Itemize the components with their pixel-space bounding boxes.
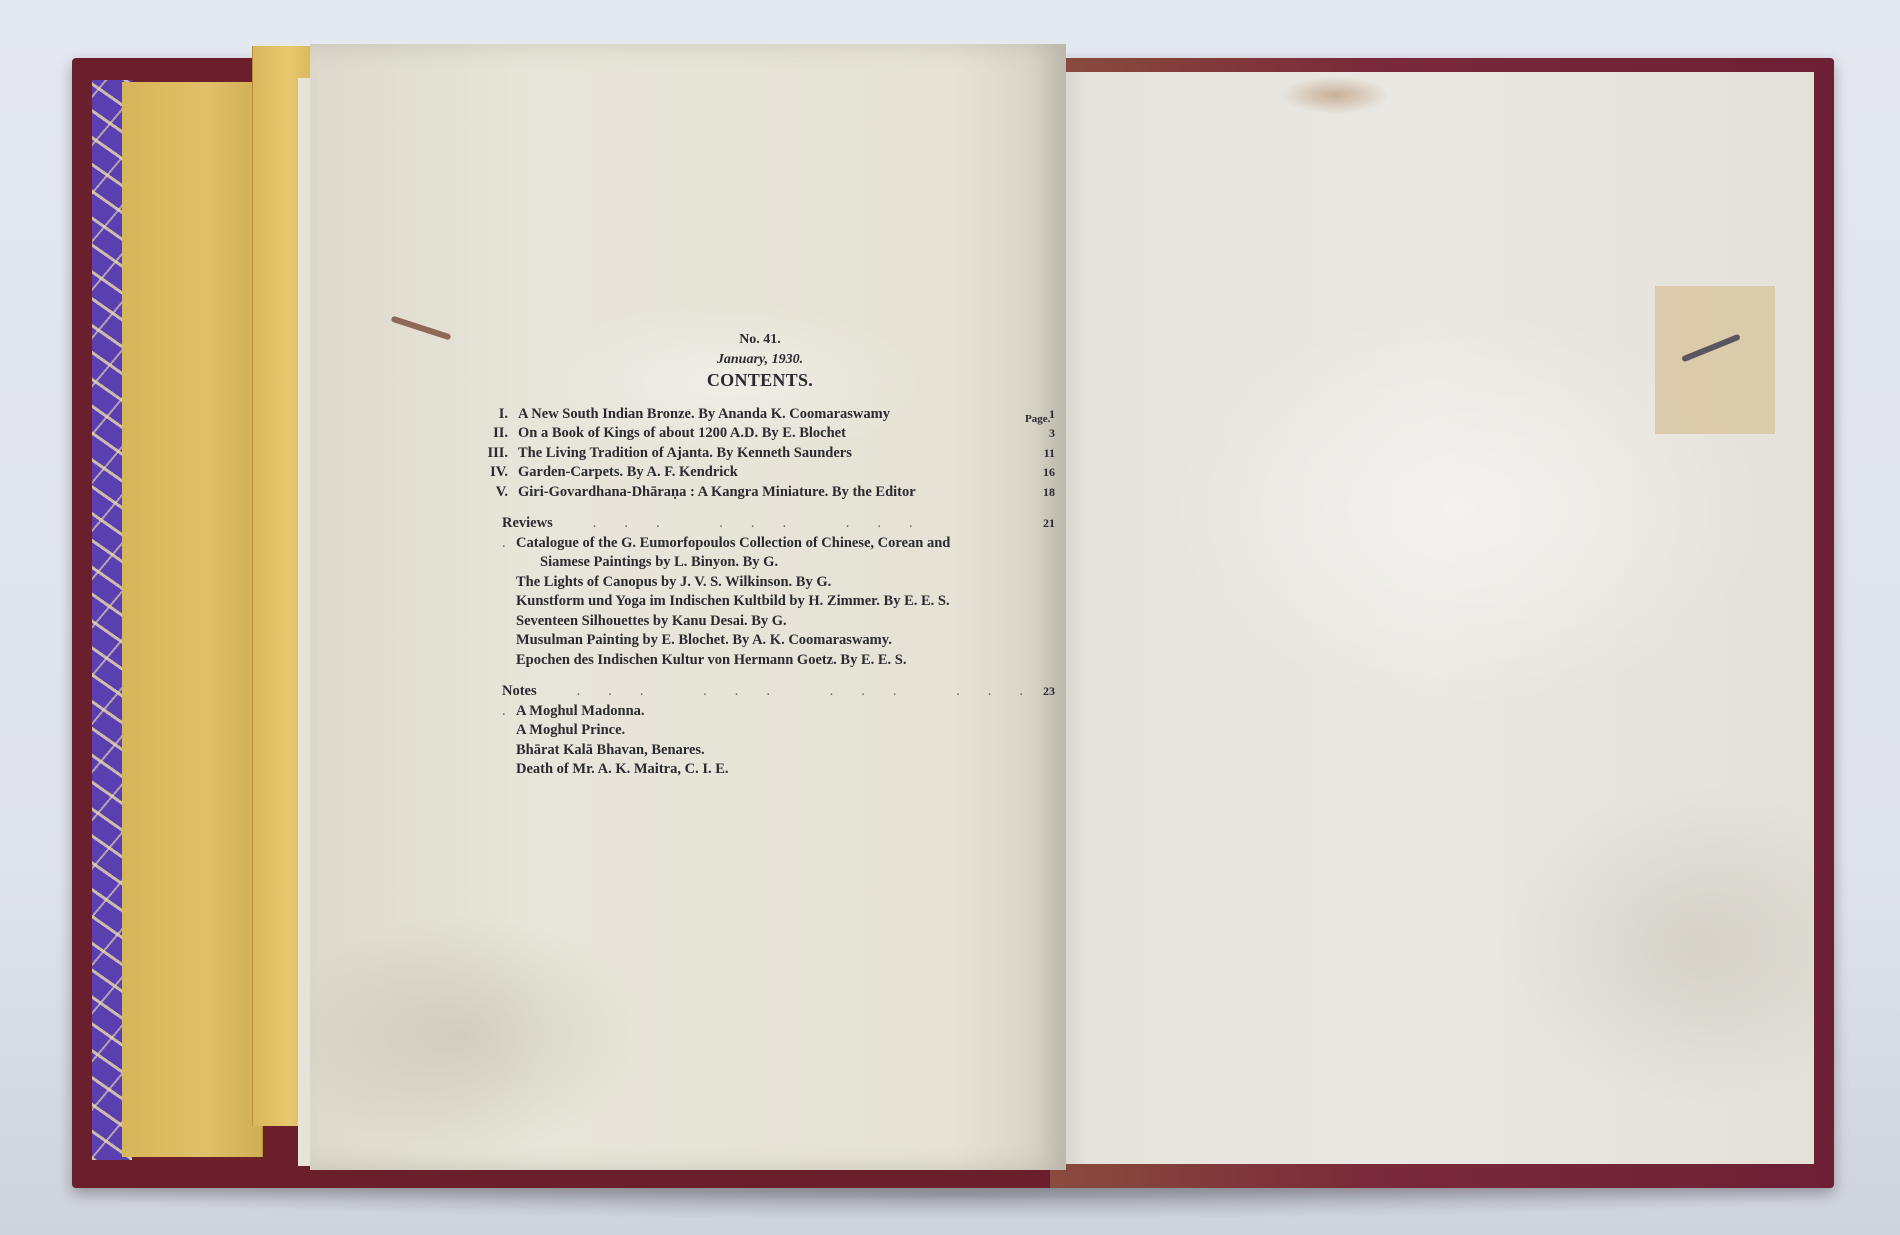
review-item: Siamese Paintings by L. Binyon. By G. <box>470 553 1055 573</box>
notes-section: Notes... ... ... ... ...23 A Moghul Mado… <box>470 682 1055 780</box>
issue-number: No. 41. <box>470 330 1050 350</box>
article-row: V.Giri-Govardhana-Dhāraṇa : A Kangra Min… <box>470 483 1055 503</box>
page-title: CONTENTS. <box>470 371 1050 391</box>
review-item: Epochen des Indischen Kultur von Hermann… <box>470 651 1055 671</box>
article-row: III.The Living Tradition of Ajanta. By K… <box>470 444 1055 464</box>
right-blank-page <box>1044 72 1814 1164</box>
table-of-contents: No. 41. January, 1930. CONTENTS. Page. I… <box>470 330 1055 780</box>
review-item: Kunstform und Yoga im Indischen Kultbild… <box>470 592 1055 612</box>
review-item: The Lights of Canopus by J. V. S. Wilkin… <box>470 573 1055 593</box>
reviews-page: 21 <box>1043 514 1055 534</box>
note-item: A Moghul Prince. <box>470 721 1055 741</box>
reviews-section: Reviews... ... ... ... ...21 Catalogue o… <box>470 514 1055 670</box>
article-row: I.A New South Indian Bronze. By Ananda K… <box>470 405 1055 425</box>
review-item: Seventeen Silhouettes by Kanu Desai. By … <box>470 612 1055 632</box>
notes-page: 23 <box>1043 682 1055 702</box>
review-item: Musulman Painting by E. Blochet. By A. K… <box>470 631 1055 651</box>
paper-patch <box>1655 286 1775 434</box>
stain <box>1280 76 1390 114</box>
article-row: IV.Garden-Carpets. By A. F. Kendrick16 <box>470 463 1055 483</box>
article-row: II.On a Book of Kings of about 1200 A.D.… <box>470 424 1055 444</box>
notes-label: Notes <box>502 683 537 699</box>
reviews-label: Reviews <box>502 515 553 531</box>
note-item: Death of Mr. A. K. Maitra, C. I. E. <box>470 760 1055 780</box>
note-item: Bhārat Kalā Bhavan, Benares. <box>470 741 1055 761</box>
issue-date: January, 1930. <box>470 350 1050 370</box>
yellow-sheet-1 <box>122 82 263 1157</box>
